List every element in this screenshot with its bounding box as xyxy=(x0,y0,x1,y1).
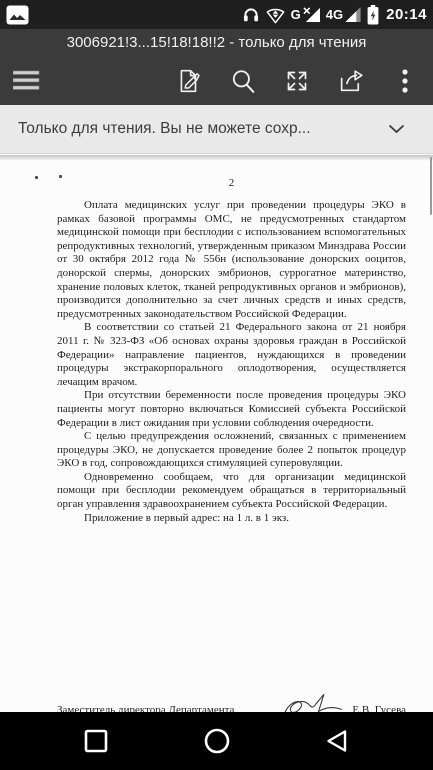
paragraph: С целью предупреждения осложнений, связа… xyxy=(57,430,406,471)
status-time: 20:14 xyxy=(386,6,427,23)
signal-2g: G xyxy=(291,6,321,23)
headphones-icon xyxy=(242,6,260,24)
phone-screen: G 4G xyxy=(0,0,433,770)
triangle-left-icon xyxy=(324,728,350,754)
title-bar: 3006921!3...15!18!18!!2 - только для чте… xyxy=(0,29,433,56)
fullscreen-button[interactable] xyxy=(275,59,319,103)
readonly-banner-text: Только для чтения. Вы не можете сохр... xyxy=(18,120,378,138)
battery-charging-icon xyxy=(367,5,379,25)
fullscreen-icon xyxy=(285,69,309,93)
signal-2g-icon xyxy=(302,6,321,23)
signature-name: Е.В. Гусева xyxy=(352,704,406,712)
network-2g-label: G xyxy=(291,8,301,23)
signal-4g-icon xyxy=(344,6,362,23)
search-button[interactable] xyxy=(221,59,265,103)
toolbar xyxy=(0,56,433,105)
more-vertical-icon xyxy=(402,69,408,93)
page-number: 2 xyxy=(57,177,406,189)
signature-role: Заместитель директора Департамента xyxy=(57,704,234,712)
overflow-menu-button[interactable] xyxy=(383,59,427,103)
paragraph: Оплата медицинских услуг при проведении … xyxy=(57,199,406,321)
share-button[interactable] xyxy=(329,59,373,103)
signature-row: Заместитель директора Департамента Е.В. … xyxy=(57,691,406,712)
document-body: Оплата медицинских услуг при проведении … xyxy=(57,199,406,525)
document-title: 3006921!3...15!18!18!!2 - только для чте… xyxy=(67,34,367,51)
circle-icon xyxy=(203,727,231,755)
menu-icon xyxy=(13,70,40,91)
search-icon xyxy=(230,68,256,94)
nav-bar xyxy=(0,712,433,770)
recents-button[interactable] xyxy=(72,717,120,765)
page-speck xyxy=(35,176,38,179)
paragraph: В соответствии со статьей 21 Федеральног… xyxy=(57,321,406,389)
paragraph: Приложение в первый адрес: на 1 л. в 1 э… xyxy=(57,512,406,526)
square-icon xyxy=(83,728,109,754)
handwritten-signature xyxy=(281,691,345,712)
readonly-banner[interactable]: Только для чтения. Вы не можете сохр... xyxy=(0,105,433,154)
banner-shadow xyxy=(0,155,433,161)
paragraph: Одновременно сообщаем, что для организац… xyxy=(57,471,406,512)
scrollbar[interactable] xyxy=(430,157,432,215)
edit-icon xyxy=(176,68,202,94)
paragraph: При отсутствии беременности после провед… xyxy=(57,389,406,430)
chevron-down-icon[interactable] xyxy=(388,124,405,134)
share-icon xyxy=(338,68,365,94)
menu-button[interactable] xyxy=(4,59,48,103)
wifi-icon xyxy=(265,6,286,24)
edit-button[interactable] xyxy=(167,59,211,103)
gallery-icon xyxy=(6,5,29,25)
home-button[interactable] xyxy=(193,717,241,765)
back-button[interactable] xyxy=(313,717,361,765)
document-page[interactable]: 2 Оплата медицинских услуг при проведени… xyxy=(0,155,433,712)
status-bar: G 4G xyxy=(0,0,433,29)
network-4g-label: 4G xyxy=(326,8,343,23)
signal-4g: 4G xyxy=(326,6,362,23)
